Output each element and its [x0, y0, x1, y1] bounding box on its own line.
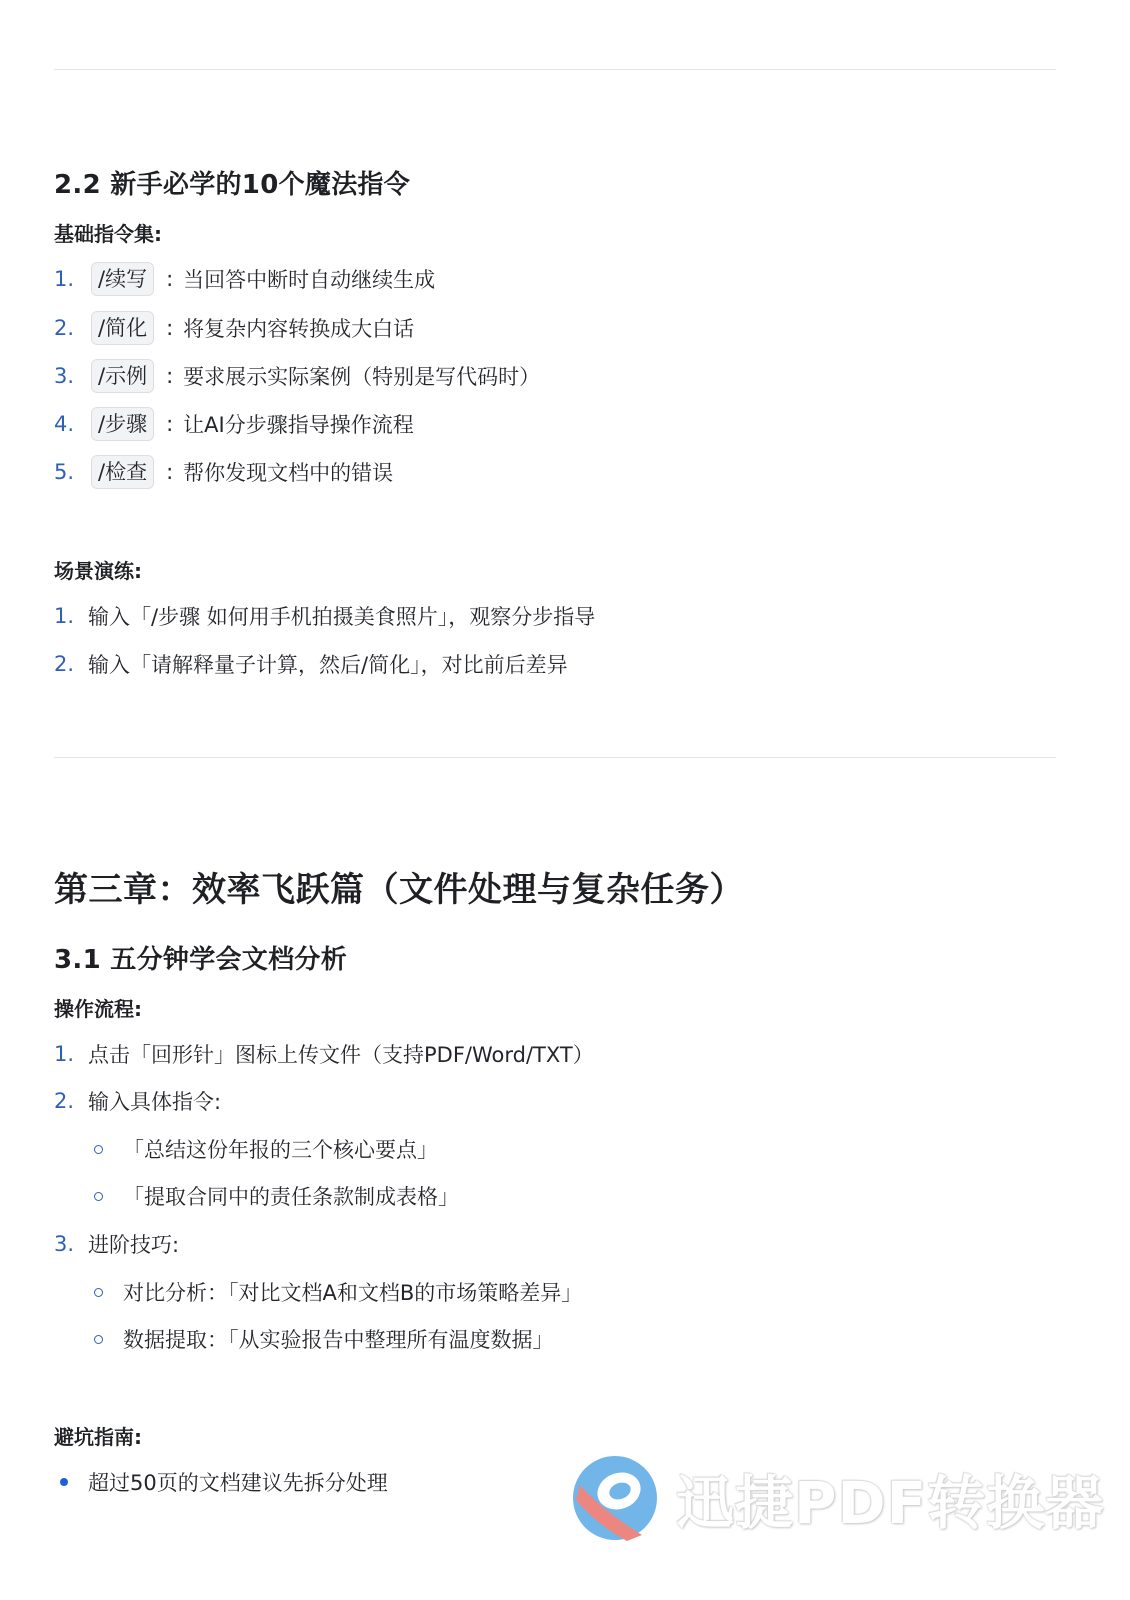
- watermark-text: 迅捷PDF转换器: [676, 1456, 1104, 1540]
- separator: :: [166, 316, 173, 340]
- pitfall-label: 避坑指南:: [54, 1421, 142, 1450]
- circle-bullet-icon: [94, 1145, 103, 1154]
- practice-item: 1. 输入「/步骤 如何用手机拍摄美食照片」，观察分步指导: [54, 598, 595, 634]
- watermark: 迅捷PDF转换器: [572, 1455, 1104, 1541]
- chapter-heading-3: 第三章：效率飞跃篇（文件处理与复杂任务）: [54, 862, 744, 911]
- inline-code: /检查: [91, 455, 154, 489]
- list-number: 3.: [54, 364, 88, 388]
- command-item: 2. /简化 : 将复杂内容转换成大白话: [54, 310, 414, 346]
- list-number: 2.: [54, 652, 88, 676]
- separator: :: [166, 460, 173, 484]
- step-item: 1. 点击「回形针」图标上传文件（支持PDF/Word/TXT）: [54, 1036, 594, 1072]
- sub-item-text: 数据提取：「从实验报告中整理所有温度数据」: [123, 1324, 554, 1354]
- command-item: 1. /续写 : 当回答中断时自动继续生成: [54, 261, 435, 297]
- step-text: 输入具体指令:: [88, 1086, 221, 1116]
- divider-top: [54, 69, 1056, 70]
- step-item: 2. 输入具体指令:: [54, 1083, 221, 1119]
- command-item: 3. /示例 : 要求展示实际案例（特别是写代码时）: [54, 358, 540, 394]
- separator: :: [166, 412, 173, 436]
- sub-item-text: 「提取合同中的责任条款制成表格」: [123, 1181, 459, 1211]
- practice-item: 2. 输入「请解释量子计算，然后/简化」，对比前后差异: [54, 646, 568, 682]
- separator: :: [166, 267, 173, 291]
- sub-item: 数据提取：「从实验报告中整理所有温度数据」: [92, 1321, 554, 1357]
- command-description: 将复杂内容转换成大白话: [183, 313, 414, 343]
- inline-code: /续写: [91, 262, 154, 296]
- sub-item-text: 对比分析：「对比文档A和文档B的市场策略差异」: [123, 1277, 582, 1307]
- pitfall-item: 超过50页的文档建议先拆分处理: [54, 1464, 388, 1500]
- practice-label: 场景演练:: [54, 555, 142, 584]
- sub-item: 「提取合同中的责任条款制成表格」: [92, 1178, 459, 1214]
- inline-code: /示例: [91, 359, 154, 393]
- command-description: 要求展示实际案例（特别是写代码时）: [183, 361, 540, 391]
- list-number: 4.: [54, 412, 88, 436]
- list-number: 3.: [54, 1232, 88, 1256]
- command-description: 让AI分步骤指导操作流程: [183, 409, 414, 439]
- bullet-icon: [60, 1478, 68, 1486]
- command-item: 4. /步骤 : 让AI分步骤指导操作流程: [54, 406, 414, 442]
- flow-label: 操作流程:: [54, 993, 142, 1022]
- pitfall-text: 超过50页的文档建议先拆分处理: [88, 1467, 388, 1497]
- step-text: 点击「回形针」图标上传文件（支持PDF/Word/TXT）: [88, 1039, 594, 1069]
- list-number: 5.: [54, 460, 88, 484]
- inline-code: /步骤: [91, 407, 154, 441]
- command-description: 帮你发现文档中的错误: [183, 457, 393, 487]
- list-number: 2.: [54, 316, 88, 340]
- list-number: 1.: [54, 267, 88, 291]
- circle-bullet-icon: [94, 1288, 103, 1297]
- sub-item: 对比分析：「对比文档A和文档B的市场策略差异」: [92, 1274, 582, 1310]
- command-item: 5. /检查 : 帮你发现文档中的错误: [54, 454, 393, 490]
- list-number: 1.: [54, 1042, 88, 1066]
- circle-bullet-icon: [94, 1335, 103, 1344]
- divider-middle: [54, 757, 1056, 758]
- command-description: 当回答中断时自动继续生成: [183, 264, 435, 294]
- step-item: 3. 进阶技巧:: [54, 1226, 179, 1262]
- circle-bullet-icon: [94, 1192, 103, 1201]
- section-heading-3-1: 3.1 五分钟学会文档分析: [54, 939, 347, 976]
- separator: :: [166, 364, 173, 388]
- list-number: 2.: [54, 1089, 88, 1113]
- step-text: 进阶技巧:: [88, 1229, 179, 1259]
- practice-text: 输入「/步骤 如何用手机拍摄美食照片」，观察分步指导: [88, 601, 595, 631]
- practice-text: 输入「请解释量子计算，然后/简化」，对比前后差异: [88, 649, 568, 679]
- sub-item-text: 「总结这份年报的三个核心要点」: [123, 1134, 438, 1164]
- inline-code: /简化: [91, 311, 154, 345]
- watermark-logo-icon: [572, 1455, 658, 1541]
- list-number: 1.: [54, 604, 88, 628]
- basic-commands-label: 基础指令集:: [54, 218, 162, 247]
- sub-item: 「总结这份年报的三个核心要点」: [92, 1131, 438, 1167]
- section-heading-2-2: 2.2 新手必学的10个魔法指令: [54, 164, 410, 201]
